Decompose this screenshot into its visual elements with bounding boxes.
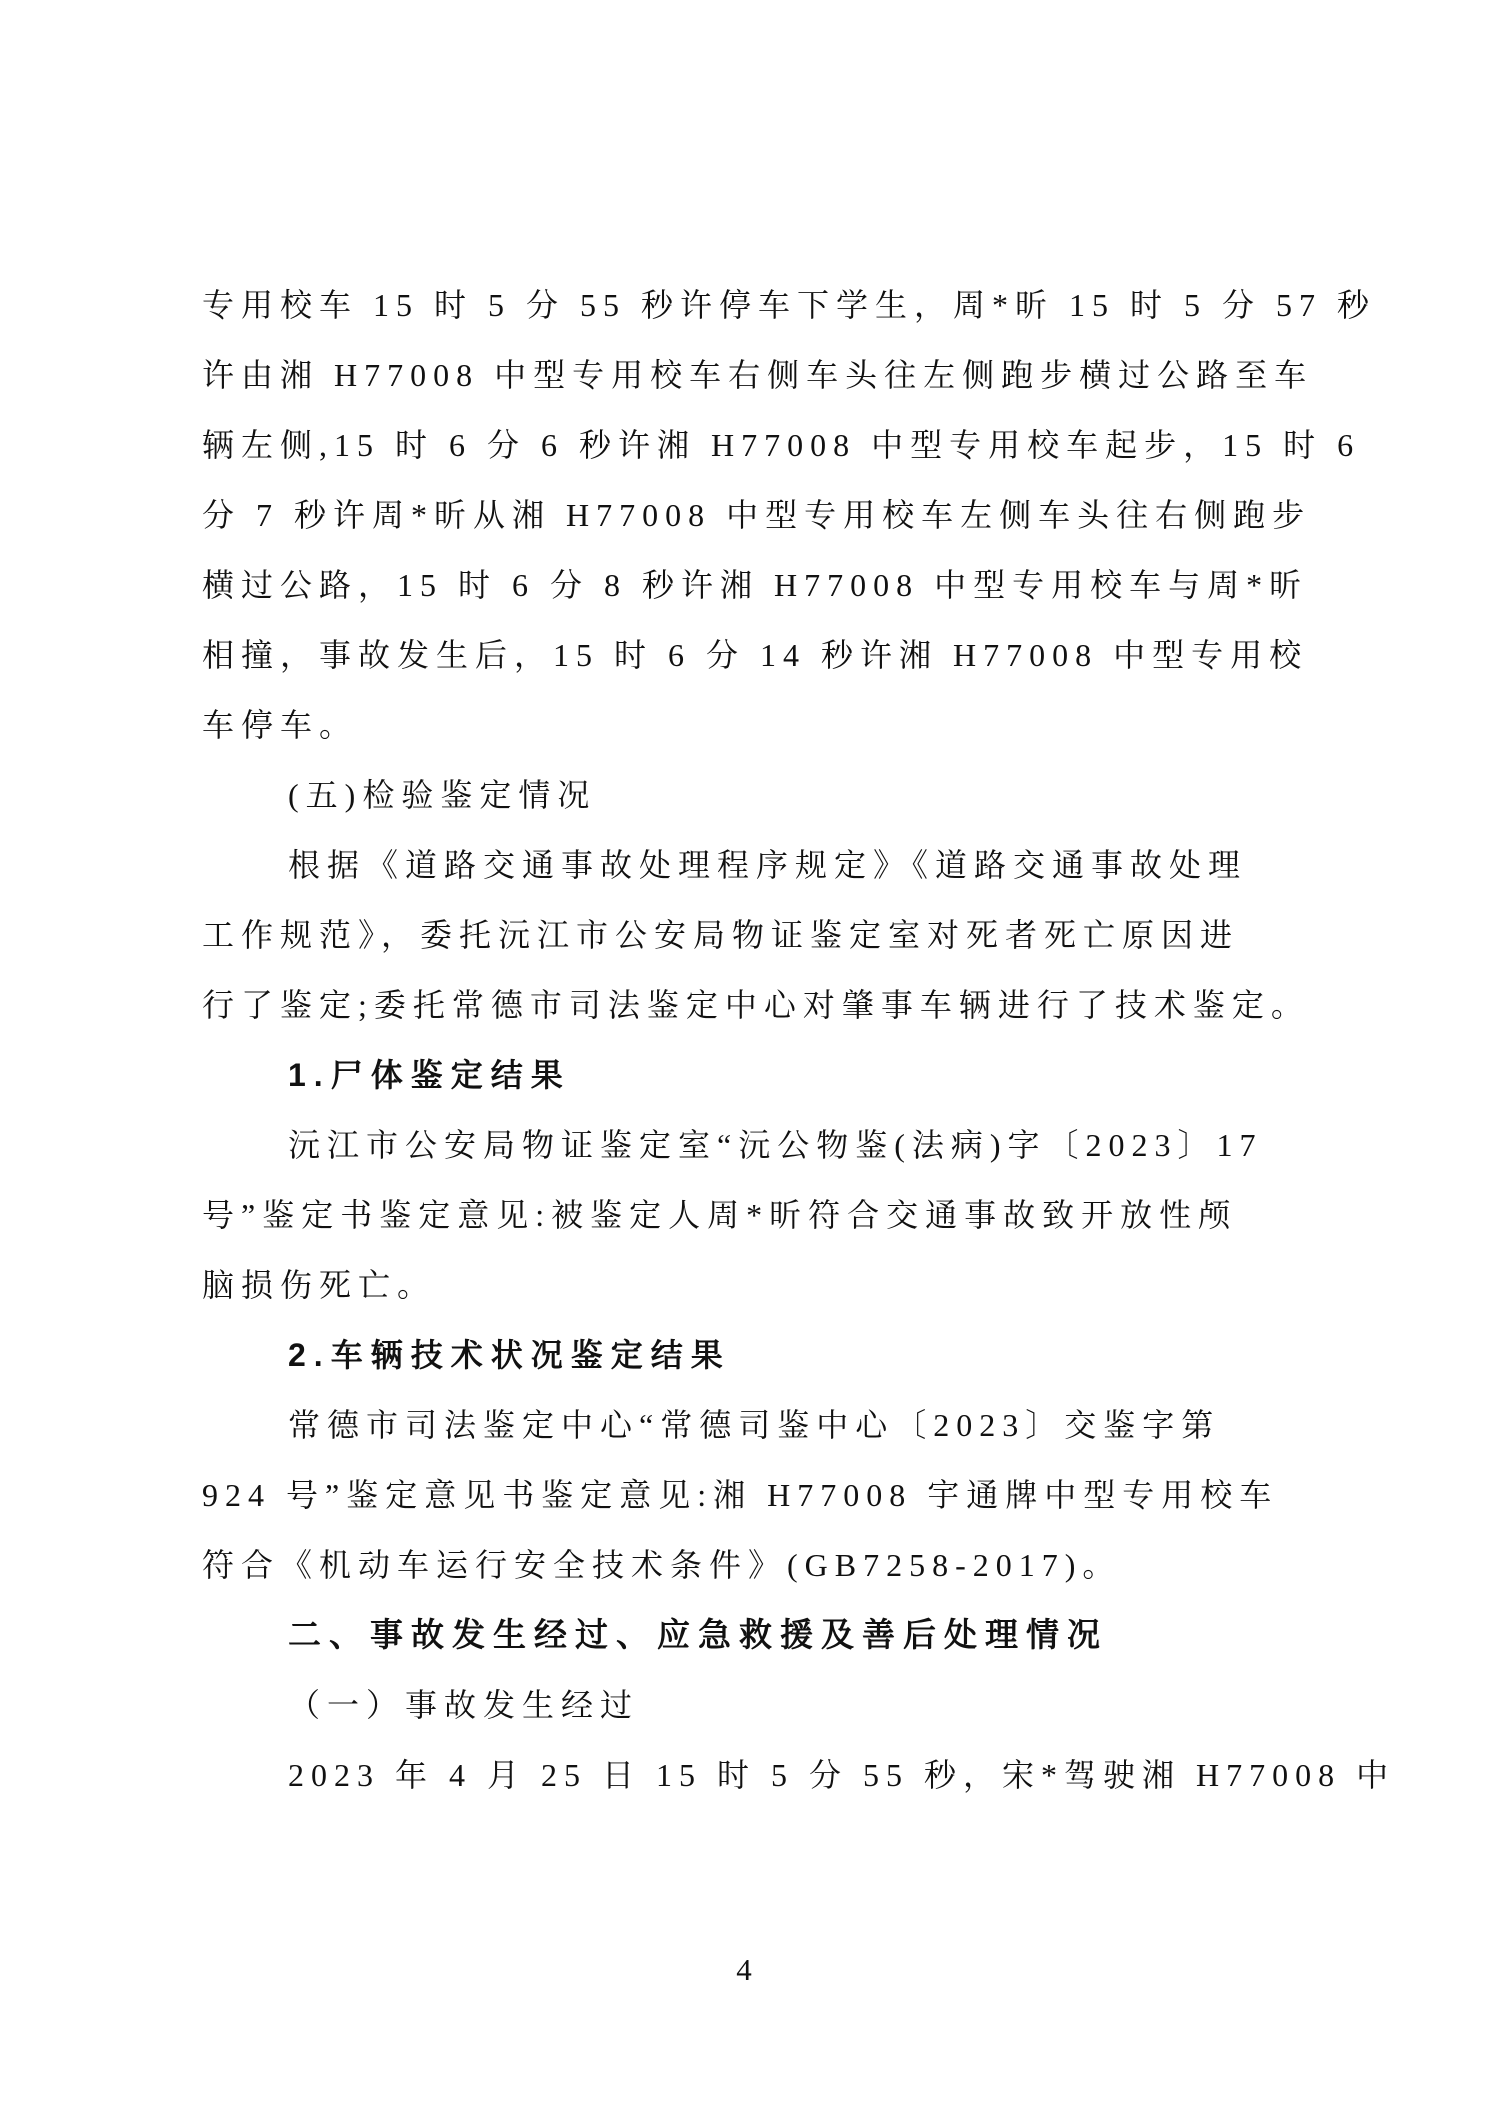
subheading-body-identification-result: 1.尸体鉴定结果: [202, 1040, 1352, 1110]
subsection-title-inspection: (五)检验鉴定情况: [202, 760, 1352, 830]
document-page: 专用校车 15 时 5 分 55 秒许停车下学生，周*昕 15 时 5 分 57…: [0, 0, 1488, 2104]
text-line: 工作规范》，委托沅江市公安局物证鉴定室对死者死亡原因进: [202, 900, 1352, 970]
text-line: 相撞，事故发生后，15 时 6 分 14 秒许湘 H77008 中型专用校: [202, 620, 1352, 690]
page-number: 4: [0, 1948, 1488, 1992]
text-line: 沅江市公安局物证鉴定室“沅公物鉴(法病)字〔2023〕17: [202, 1110, 1352, 1180]
text-line: 根据《道路交通事故处理程序规定》《道路交通事故处理: [202, 830, 1352, 900]
text-line: 924 号”鉴定意见书鉴定意见:湘 H77008 宇通牌中型专用校车: [202, 1460, 1352, 1530]
text-line: 辆左侧,15 时 6 分 6 秒许湘 H77008 中型专用校车起步，15 时 …: [202, 410, 1352, 480]
text-line: 行了鉴定;委托常德市司法鉴定中心对肇事车辆进行了技术鉴定。: [202, 970, 1352, 1040]
text-line: 车停车。: [202, 690, 1352, 760]
text-line: 2023 年 4 月 25 日 15 时 5 分 55 秒，宋*驾驶湘 H770…: [202, 1740, 1352, 1810]
text-line: 常德市司法鉴定中心“常德司鉴中心〔2023〕交鉴字第: [202, 1390, 1352, 1460]
text-line: 横过公路，15 时 6 分 8 秒许湘 H77008 中型专用校车与周*昕: [202, 550, 1352, 620]
subheading-vehicle-technical-result: 2.车辆技术状况鉴定结果: [202, 1320, 1352, 1390]
text-line: 脑损伤死亡。: [202, 1250, 1352, 1320]
text-block: 专用校车 15 时 5 分 55 秒许停车下学生，周*昕 15 时 5 分 57…: [202, 270, 1352, 1810]
subsection-title-accident-process: （一）事故发生经过: [202, 1670, 1352, 1740]
text-line: 分 7 秒许周*昕从湘 H77008 中型专用校车左侧车头往右侧跑步: [202, 480, 1352, 550]
text-line: 符合《机动车运行安全技术条件》(GB7258-2017)。: [202, 1530, 1352, 1600]
text-line: 专用校车 15 时 5 分 55 秒许停车下学生，周*昕 15 时 5 分 57…: [202, 270, 1352, 340]
section-heading-accident-process: 二、事故发生经过、应急救援及善后处理情况: [202, 1600, 1352, 1670]
text-line: 号”鉴定书鉴定意见:被鉴定人周*昕符合交通事故致开放性颅: [202, 1180, 1352, 1250]
text-line: 许由湘 H77008 中型专用校车右侧车头往左侧跑步横过公路至车: [202, 340, 1352, 410]
